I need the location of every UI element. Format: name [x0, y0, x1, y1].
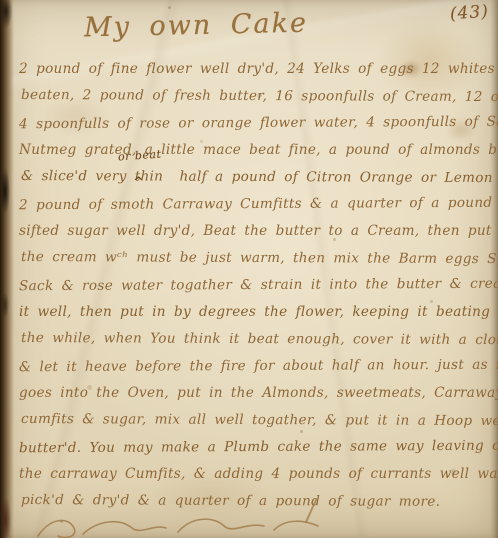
manuscript-line: sifted sugar well dry'd, Beat the butter… — [19, 218, 491, 245]
page-number: (43) — [449, 2, 489, 25]
manuscript-line: 2 pound of fine flower well dry'd, 24 Ye… — [19, 56, 491, 83]
manuscript-line: the cream wᶜʰ must be just warm, then mi… — [21, 244, 491, 273]
manuscript-line: beaten, 2 pound of fresh butter, 16 spoo… — [21, 82, 491, 111]
manuscript-line: the while, when You think it beat enough… — [21, 325, 491, 354]
manuscript-line: cumfits & sugar, mix all well togather, … — [21, 406, 491, 435]
manuscript-line: butter'd. You may make a Plumb cake the … — [19, 433, 491, 462]
page-edge-shadow — [490, 0, 498, 538]
book-binding-edge — [0, 0, 14, 538]
manuscript-line: it well, then put in by degrees the flow… — [19, 299, 491, 326]
recipe-body-text: 2 pound of fine flower well dry'd, 24 Ye… — [19, 56, 491, 515]
manuscript-line: the carraway Cumfits, & adding 4 pounds … — [19, 461, 491, 488]
manuscript-line: 4 spoonfulls of rose or orange flower wa… — [19, 109, 491, 138]
recipe-title: My own Cake — [84, 8, 309, 44]
manuscript-line: & let it heave before the fire for about… — [19, 352, 491, 381]
manuscript-page: (43) My own Cake 2 pound of fine flower … — [0, 0, 498, 538]
manuscript-line: pick'd & dry'd & a quarter of a pound of… — [21, 487, 491, 516]
manuscript-line: 2 pound of smoth Carraway Cumfitts & a q… — [19, 190, 491, 219]
manuscript-line: Sack & rose water togather & strain it i… — [19, 271, 491, 300]
manuscript-line: & slice'd very thin half a pound of Citr… — [21, 163, 491, 192]
caret-mark: ^ — [133, 175, 144, 190]
partial-next-line-flourish — [28, 514, 328, 538]
manuscript-line: Nutmeg grated, a little mace beat fine, … — [19, 137, 491, 164]
manuscript-line: goes into the Oven, put in the Almonds, … — [19, 380, 491, 407]
